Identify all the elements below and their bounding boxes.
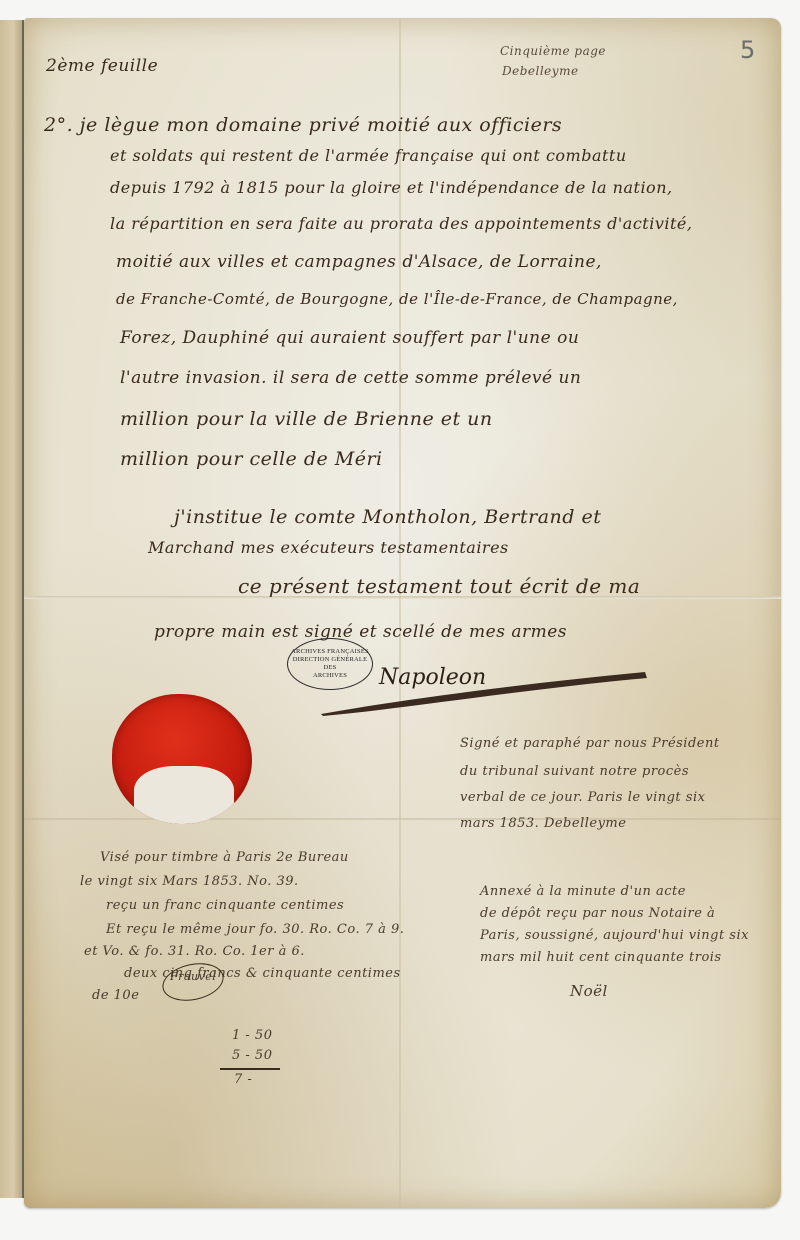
page-number: 5 [740,36,755,64]
body-line-3: depuis 1792 à 1815 pour la gloire et l'i… [110,178,673,197]
body-line-10: million pour celle de Méri [120,448,383,470]
notary-signature: Noël [570,982,608,1000]
seal-damage [134,766,234,824]
registration-line-7: de 10e [92,988,139,1003]
registration-line-5: et Vo. & fo. 31. Ro. Co. 1er à 6. [84,944,305,959]
napoleon-signature-icon: Napoleon [319,656,649,716]
registration-line-2: le vingt six Mars 1853. No. 39. [80,874,299,889]
body-line-5: moitié aux villes et campagnes d'Alsace,… [116,252,602,272]
lower-fold [24,818,781,820]
notary-line-1: Annexé à la minute d'un acte [480,884,686,899]
body-line-9: million pour la ville de Brienne et un [120,408,493,430]
body-line-12: Marchand mes exécuteurs testamentaires [148,538,509,557]
body-line-14: propre main est signé et scellé de mes a… [154,622,567,642]
annotation-right-4: mars 1853. Debelleyme [460,816,626,831]
previous-page-edge [0,20,24,1198]
body-line-6: de Franche-Comté, de Bourgogne, de l'Île… [116,290,678,308]
annotation-right-3: verbal de ce jour. Paris le vingt six [460,790,705,805]
registration-line-3: reçu un franc cinquante centimes [106,898,344,913]
notary-line-4: mars mil huit cent cinquante trois [480,950,722,965]
body-line-4: la répartition en sera faite au prorata … [110,214,692,233]
annotation-right-1: Signé et paraphé par nous Président [460,736,720,751]
sum-total: 7 - [234,1072,252,1087]
sheet-label: 2ème feuille [46,56,158,76]
body-line-2: et soldats qui restent de l'armée frança… [110,146,627,165]
body-line-7: Forez, Dauphiné qui auraient souffert pa… [120,328,579,348]
registration-line-4: Et reçu le même jour fo. 30. Ro. Co. 7 à… [106,922,404,937]
red-wax-seal [112,694,252,824]
corner-note-page: Cinquième page [500,44,606,58]
registration-signature: Frauvel [170,970,216,983]
notary-line-2: de dépôt reçu par nous Notaire à [480,906,715,921]
sum-line-1: 1 - 50 [232,1028,272,1043]
annotation-right-2: du tribunal suivant notre procès [460,764,689,779]
body-line-13: ce présent testament tout écrit de ma [238,574,640,598]
body-line-11: j'institue le comte Montholon, Bertrand … [174,506,601,528]
svg-text:Napoleon: Napoleon [378,665,486,690]
notary-line-3: Paris, soussigné, aujourd'hui vingt six [480,928,749,943]
manuscript-page: 5 2ème feuille Cinquième page Debelleyme… [24,18,781,1208]
body-line-1: 2°. je lègue mon domaine privé moitié au… [44,114,562,136]
registration-line-1: Visé pour timbre à Paris 2e Bureau [100,850,349,865]
corner-note-signature: Debelleyme [502,64,579,78]
body-line-8: l'autre invasion. il sera de cette somme… [120,368,581,388]
sum-line-2: 5 - 50 [232,1048,272,1063]
stamp-line-1: ARCHIVES FRANÇAISES [291,648,369,656]
sum-rule [220,1068,280,1070]
